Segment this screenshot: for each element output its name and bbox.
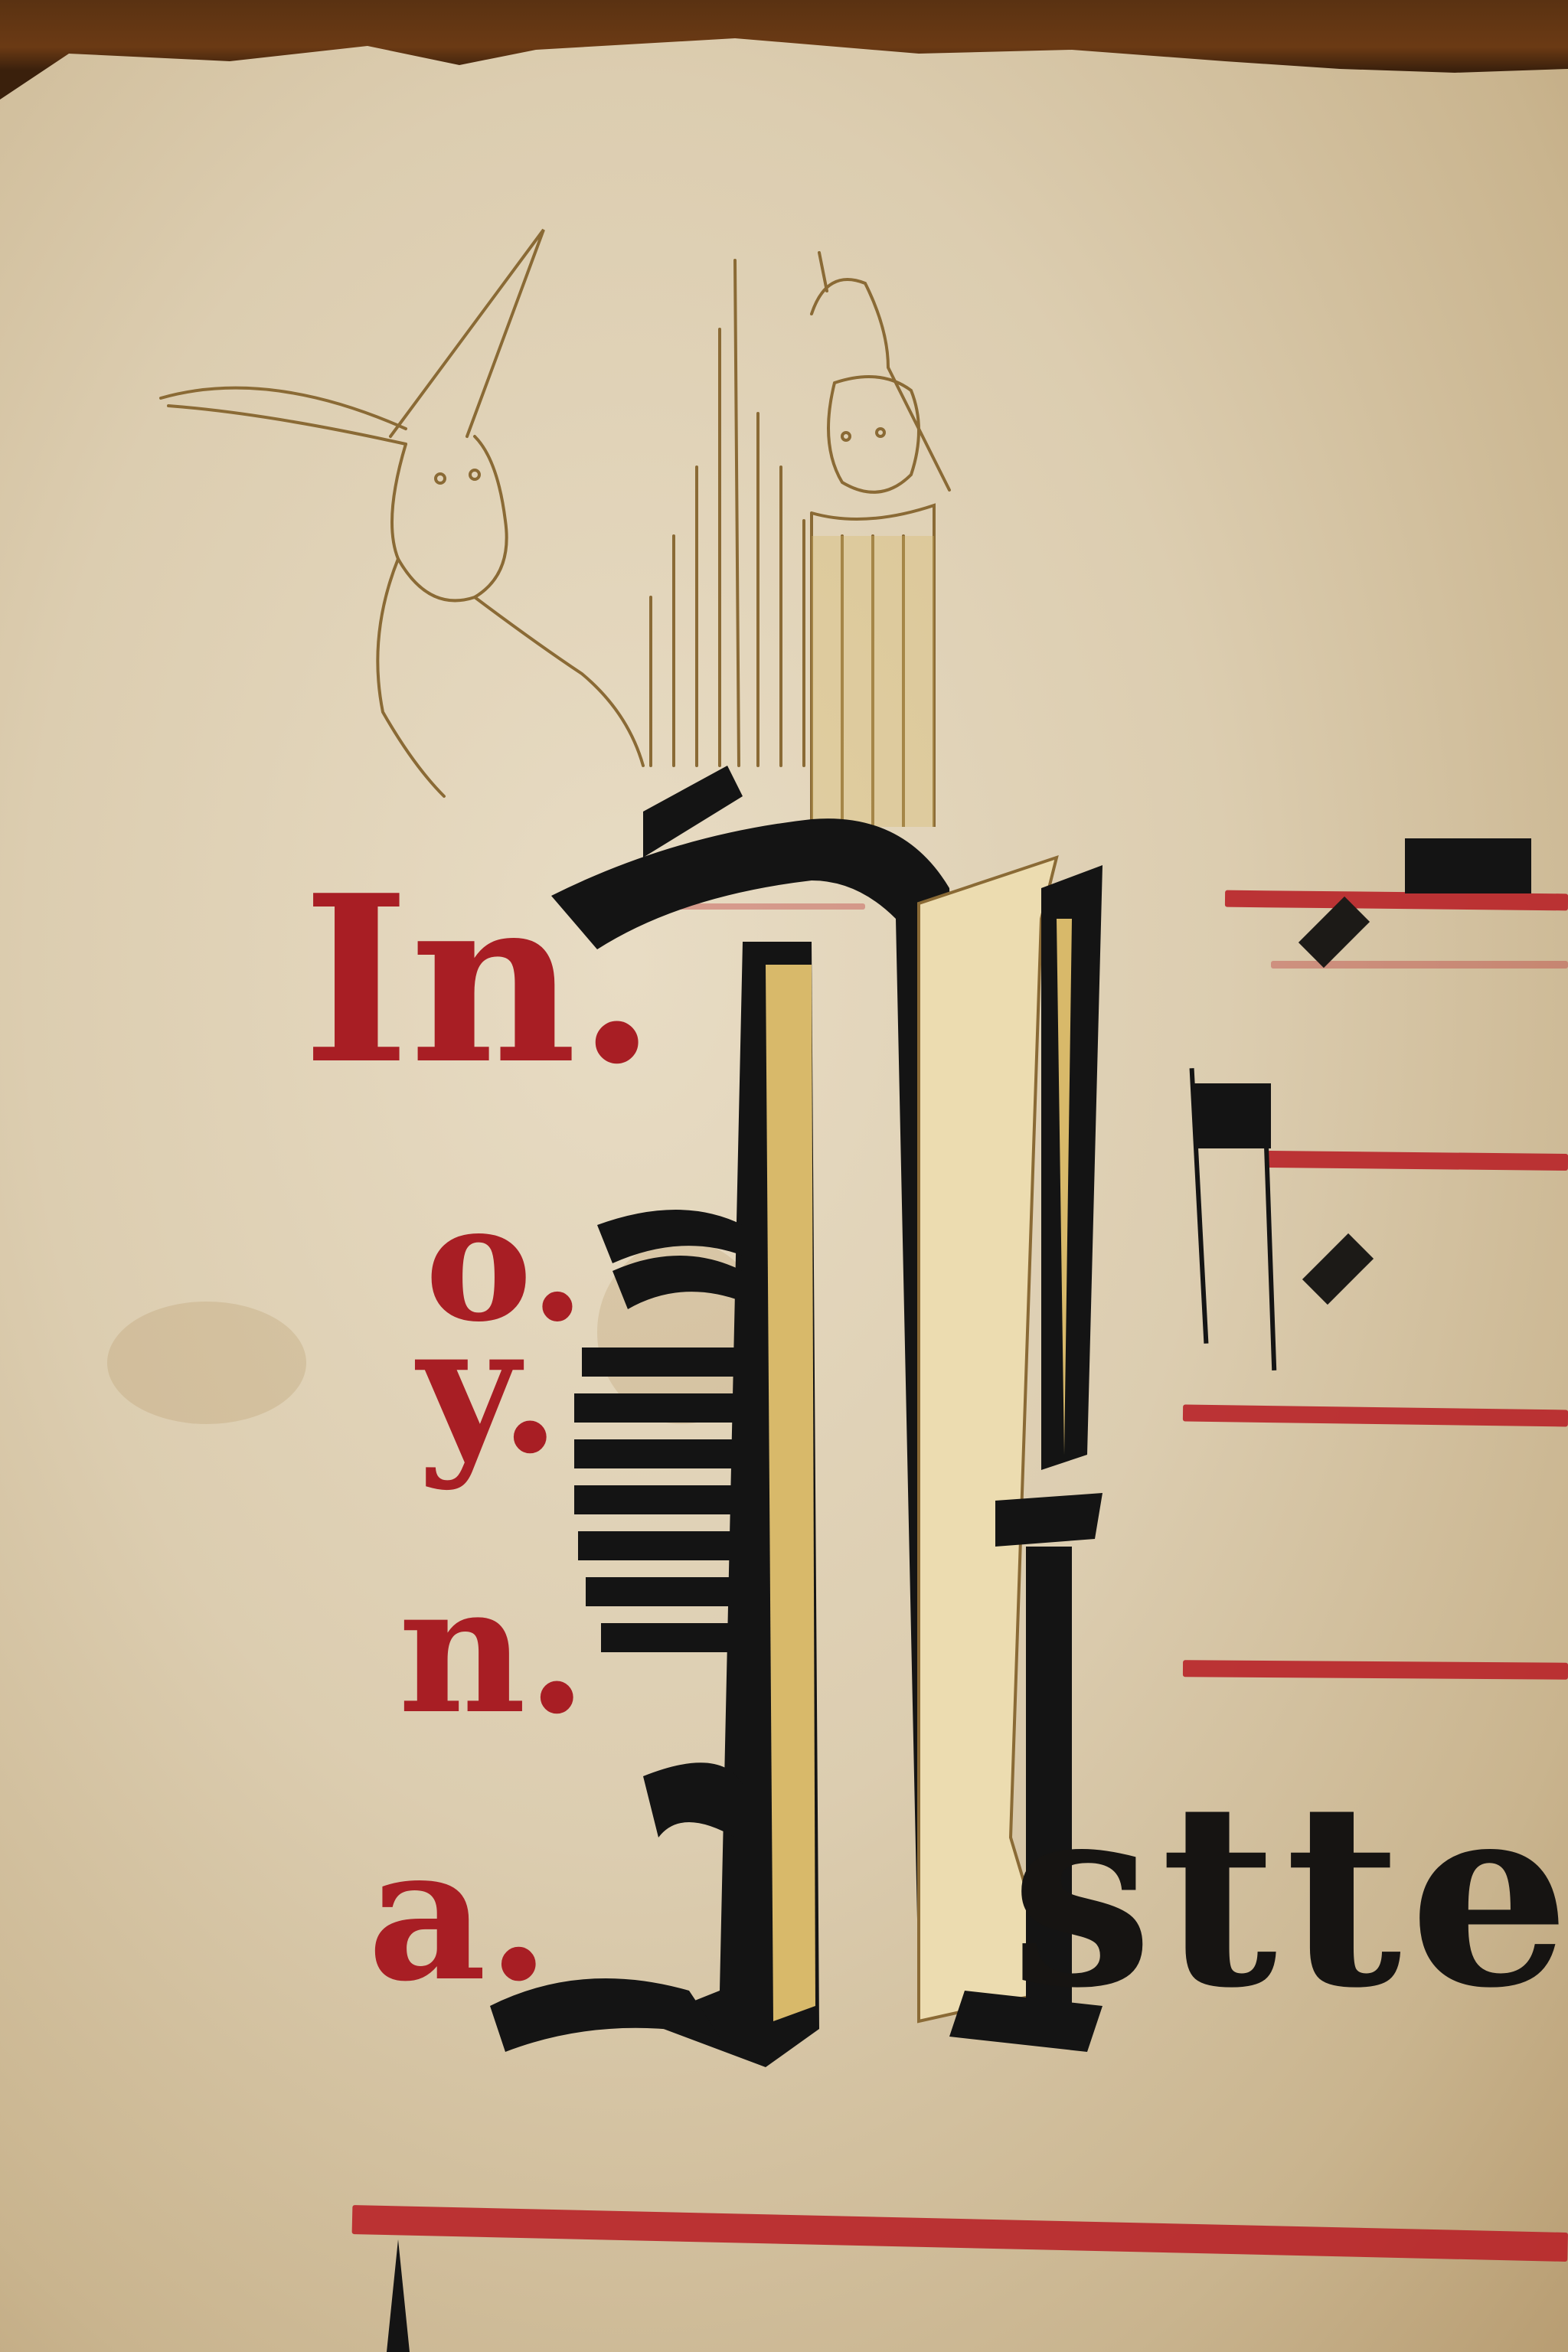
stave-line	[1183, 1660, 1568, 1680]
rubric-line: In.	[302, 865, 657, 1095]
eye	[470, 470, 479, 479]
sketch-figures	[153, 214, 1034, 827]
rubric-line: a.	[367, 1822, 550, 2006]
initial-letter-label: A	[0, 0, 1, 1]
rubric-line: n.	[398, 1562, 587, 1738]
eye	[436, 474, 445, 483]
stave-line	[1267, 1151, 1568, 1171]
stave-line	[1271, 961, 1568, 969]
chant-lyric-text: stte	[1011, 1769, 1568, 2021]
stain	[107, 1302, 306, 1424]
rubric-line: y.	[417, 1302, 560, 1478]
music-note-square	[1405, 838, 1531, 893]
